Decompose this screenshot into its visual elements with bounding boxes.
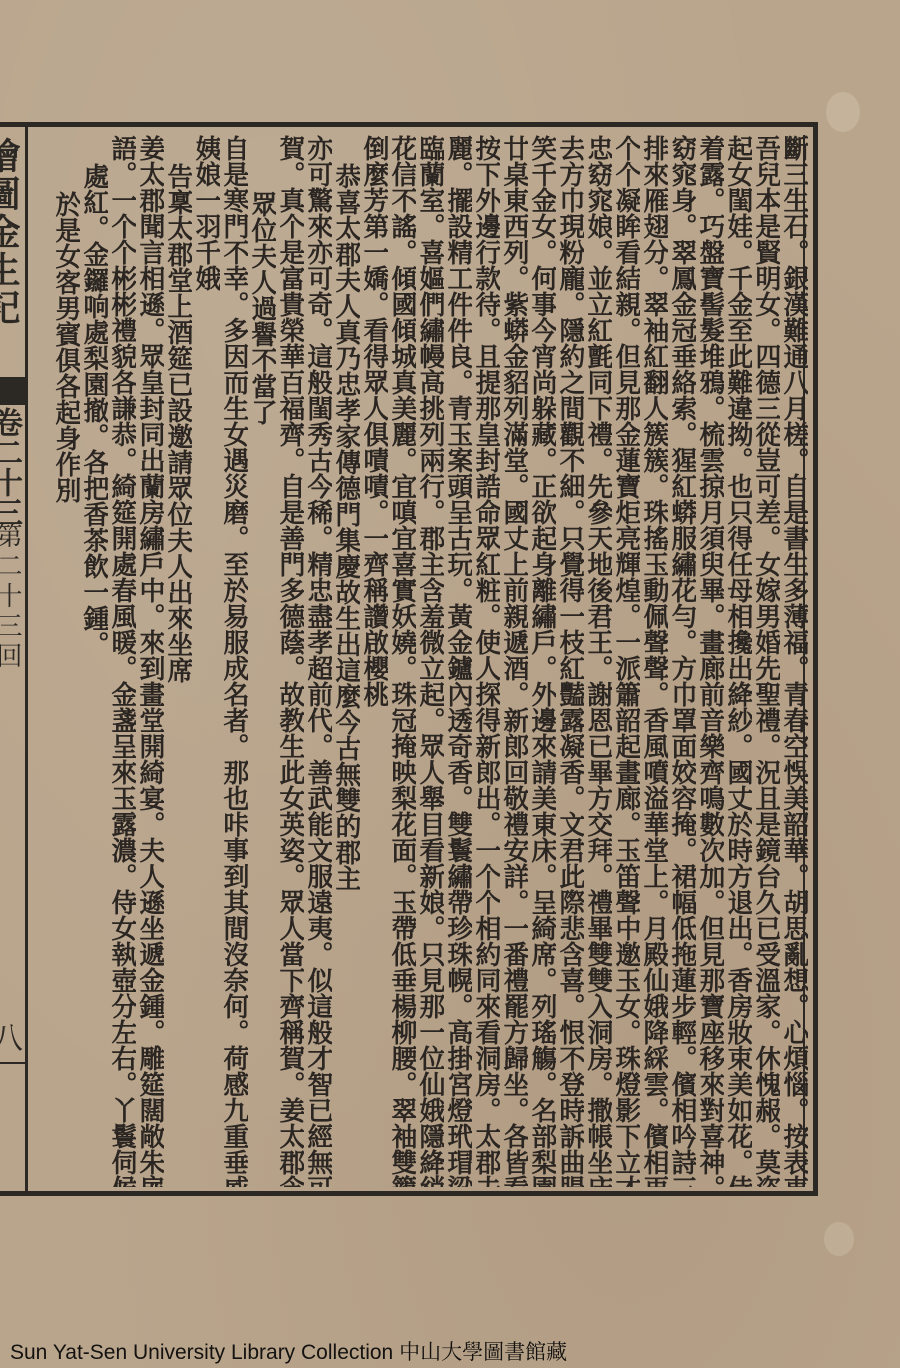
chapter-label: 第二十三回 [0, 522, 26, 672]
text-column: 處紅。金鑼响處梨園撤。各把香茶飲一鍾。 [80, 135, 108, 1187]
text-column: 排來雁翅分。翠袖紅翻人簇簇。珠搖玉動佩聲聲。香風噴溢華堂上。月殿仙娥降綵雲。儐相… [640, 135, 668, 1187]
text-column: 臨蘭室。喜嫗們繡幔高挑列兩行。郡主含羞微立起。眾人舉目看新娘。只見那一位仙娥隱絳… [416, 135, 444, 1187]
text-column: 姜太郡聞言相遜。眾皇封同出蘭房繡戶中。來到畫堂開綺宴。夫人遜坐遞金鍾。雕筵闊敞朱… [136, 135, 164, 1187]
text-column: 廿桌東西列。紫蟒金貂列滿堂。國丈上前親遞酒。新郎回敬禮安詳。一番禮罷方歸坐。各皆… [500, 135, 528, 1187]
text-column: 花信不謠。傾國傾城真美麗。宜嗔宜喜實妖嬈。珠冠掩映梨花面。玉帶低垂楊柳腰。翠袖雙… [388, 135, 416, 1187]
text-column: 眾位夫人過譽不當了 [248, 135, 276, 1187]
text-column: 笑千金女。何事今宵尚躲藏。正欲起身離繡戶。外邊來請美東床。呈綺席。列瑤觴。名部梨… [528, 135, 556, 1187]
text-column: 个个凝眸看結親。但見那金蓮寶炬亮輝煌。一派簫韶起畫廊。玉笛聲中邀玉女。珠燈影下立… [612, 135, 640, 1187]
vertical-text-body: 斷三生石。銀漢難通八月槎。自是書生多薄福。青春空悞美韶華。胡思亂想。心煩惱。按表… [40, 135, 808, 1187]
text-column: 按下外邊行款待。且提那皇封誥命眾紅粧。使人探得新郎出。一个个相約同來看洞房。太郡… [472, 135, 500, 1187]
text-column: 賀。真个是富貴榮華百福齊。自是善門多德蔭。故教生此女英姿。眾人當下齊稱賀。姜太郡… [276, 135, 304, 1187]
text-column: 告稟太郡堂上酒筵已設邀請眾位夫人出來坐席 [164, 135, 192, 1187]
paper-stain [824, 1222, 854, 1256]
text-column: 語。一个个彬彬禮貌各謙恭。綺筵開處春風暖。金盞呈來玉露濃。侍女執壺分左右。丫鬟伺… [108, 135, 136, 1187]
text-column: 吾兒本是賢明女。四德三從豈可差。女嫁男婚先聖禮。況且是鏡台久已受溫家。休愧赧。莫… [752, 135, 780, 1187]
scanned-book-page: 繪圖金生記 卷二十三 第二十三回 八 斷三生石。銀漢難通八月槎。自是書生多薄福。… [0, 0, 900, 1368]
text-column: 自是寒門不幸。多因而生女遇災磨。至於易服成名者。那也咔事到其間沒奈何。荷感九重垂… [220, 135, 248, 1187]
text-column: 忠窈窕娘。並立紅氈同下禮。先參天地後君王。謝恩已畢方交拜。禮畢雙雙入洞房。撒帳坐… [584, 135, 612, 1187]
text-column: 麗。擺設精工件件良。青玉案頭呈古玩。黃金鑪內透奇香。雙鬟繡帶珍珠幌。高掛宮燈玳瑁… [444, 135, 472, 1187]
block-margin-column: 繪圖金生記 卷二十三 第二十三回 八 [0, 127, 28, 1191]
volume-label: 卷二十三 [0, 407, 26, 527]
fishtail-marker [0, 377, 26, 405]
text-column: 去方巾現粉龐。隱約之間觀不細。只覺得一枝紅豔露凝香。文君此際悲含喜。恨不登時訴曲… [556, 135, 584, 1187]
text-column: 起女閨娃。千金至此難違拗。也只得任母相攙出絳紗。國丈於時方退出。香房妝束美如花。… [724, 135, 752, 1187]
text-column: 着露。巧盤寶髻髮堆鴉。梳雲掠月須臾畢。畫廊前音樂齊鳴數次加。但見那寶座移來對喜神… [696, 135, 724, 1187]
text-column: 倒麼芳第一嬌。看得眾人俱嘖嘖。一齊稱讚啟櫻桃 [360, 135, 388, 1187]
text-column: 亦可驚來亦可奇。這般閨秀古今稀。精忠盡孝超前代。善武能文服遠夷。似這般才智已經無… [304, 135, 332, 1187]
collection-caption: Sun Yat-Sen University Library Collectio… [10, 1336, 567, 1364]
text-column: 恭喜太郡夫人真乃忠孝家傳德門集慶故生出這麼今古無雙的郡主 [332, 135, 360, 1187]
text-column: 窈窕身。翠鳳金冠垂絡索。猩紅蟒服繡花勻。方巾罩面姣容掩。裙幅低拖蓮步輕。儐相吟詩… [668, 135, 696, 1187]
text-column: 姨娘一羽千娥 [192, 135, 220, 1187]
page-number: 八 [0, 1022, 26, 1052]
book-title: 繪圖金生記 [0, 137, 26, 327]
paper-stain [826, 92, 860, 132]
text-column: 斷三生石。銀漢難通八月槎。自是書生多薄福。青春空悞美韶華。胡思亂想。心煩惱。按表… [780, 135, 808, 1187]
margin-rule [0, 1062, 28, 1064]
text-column: 於是女客男賓俱各起身作別 [52, 135, 80, 1187]
